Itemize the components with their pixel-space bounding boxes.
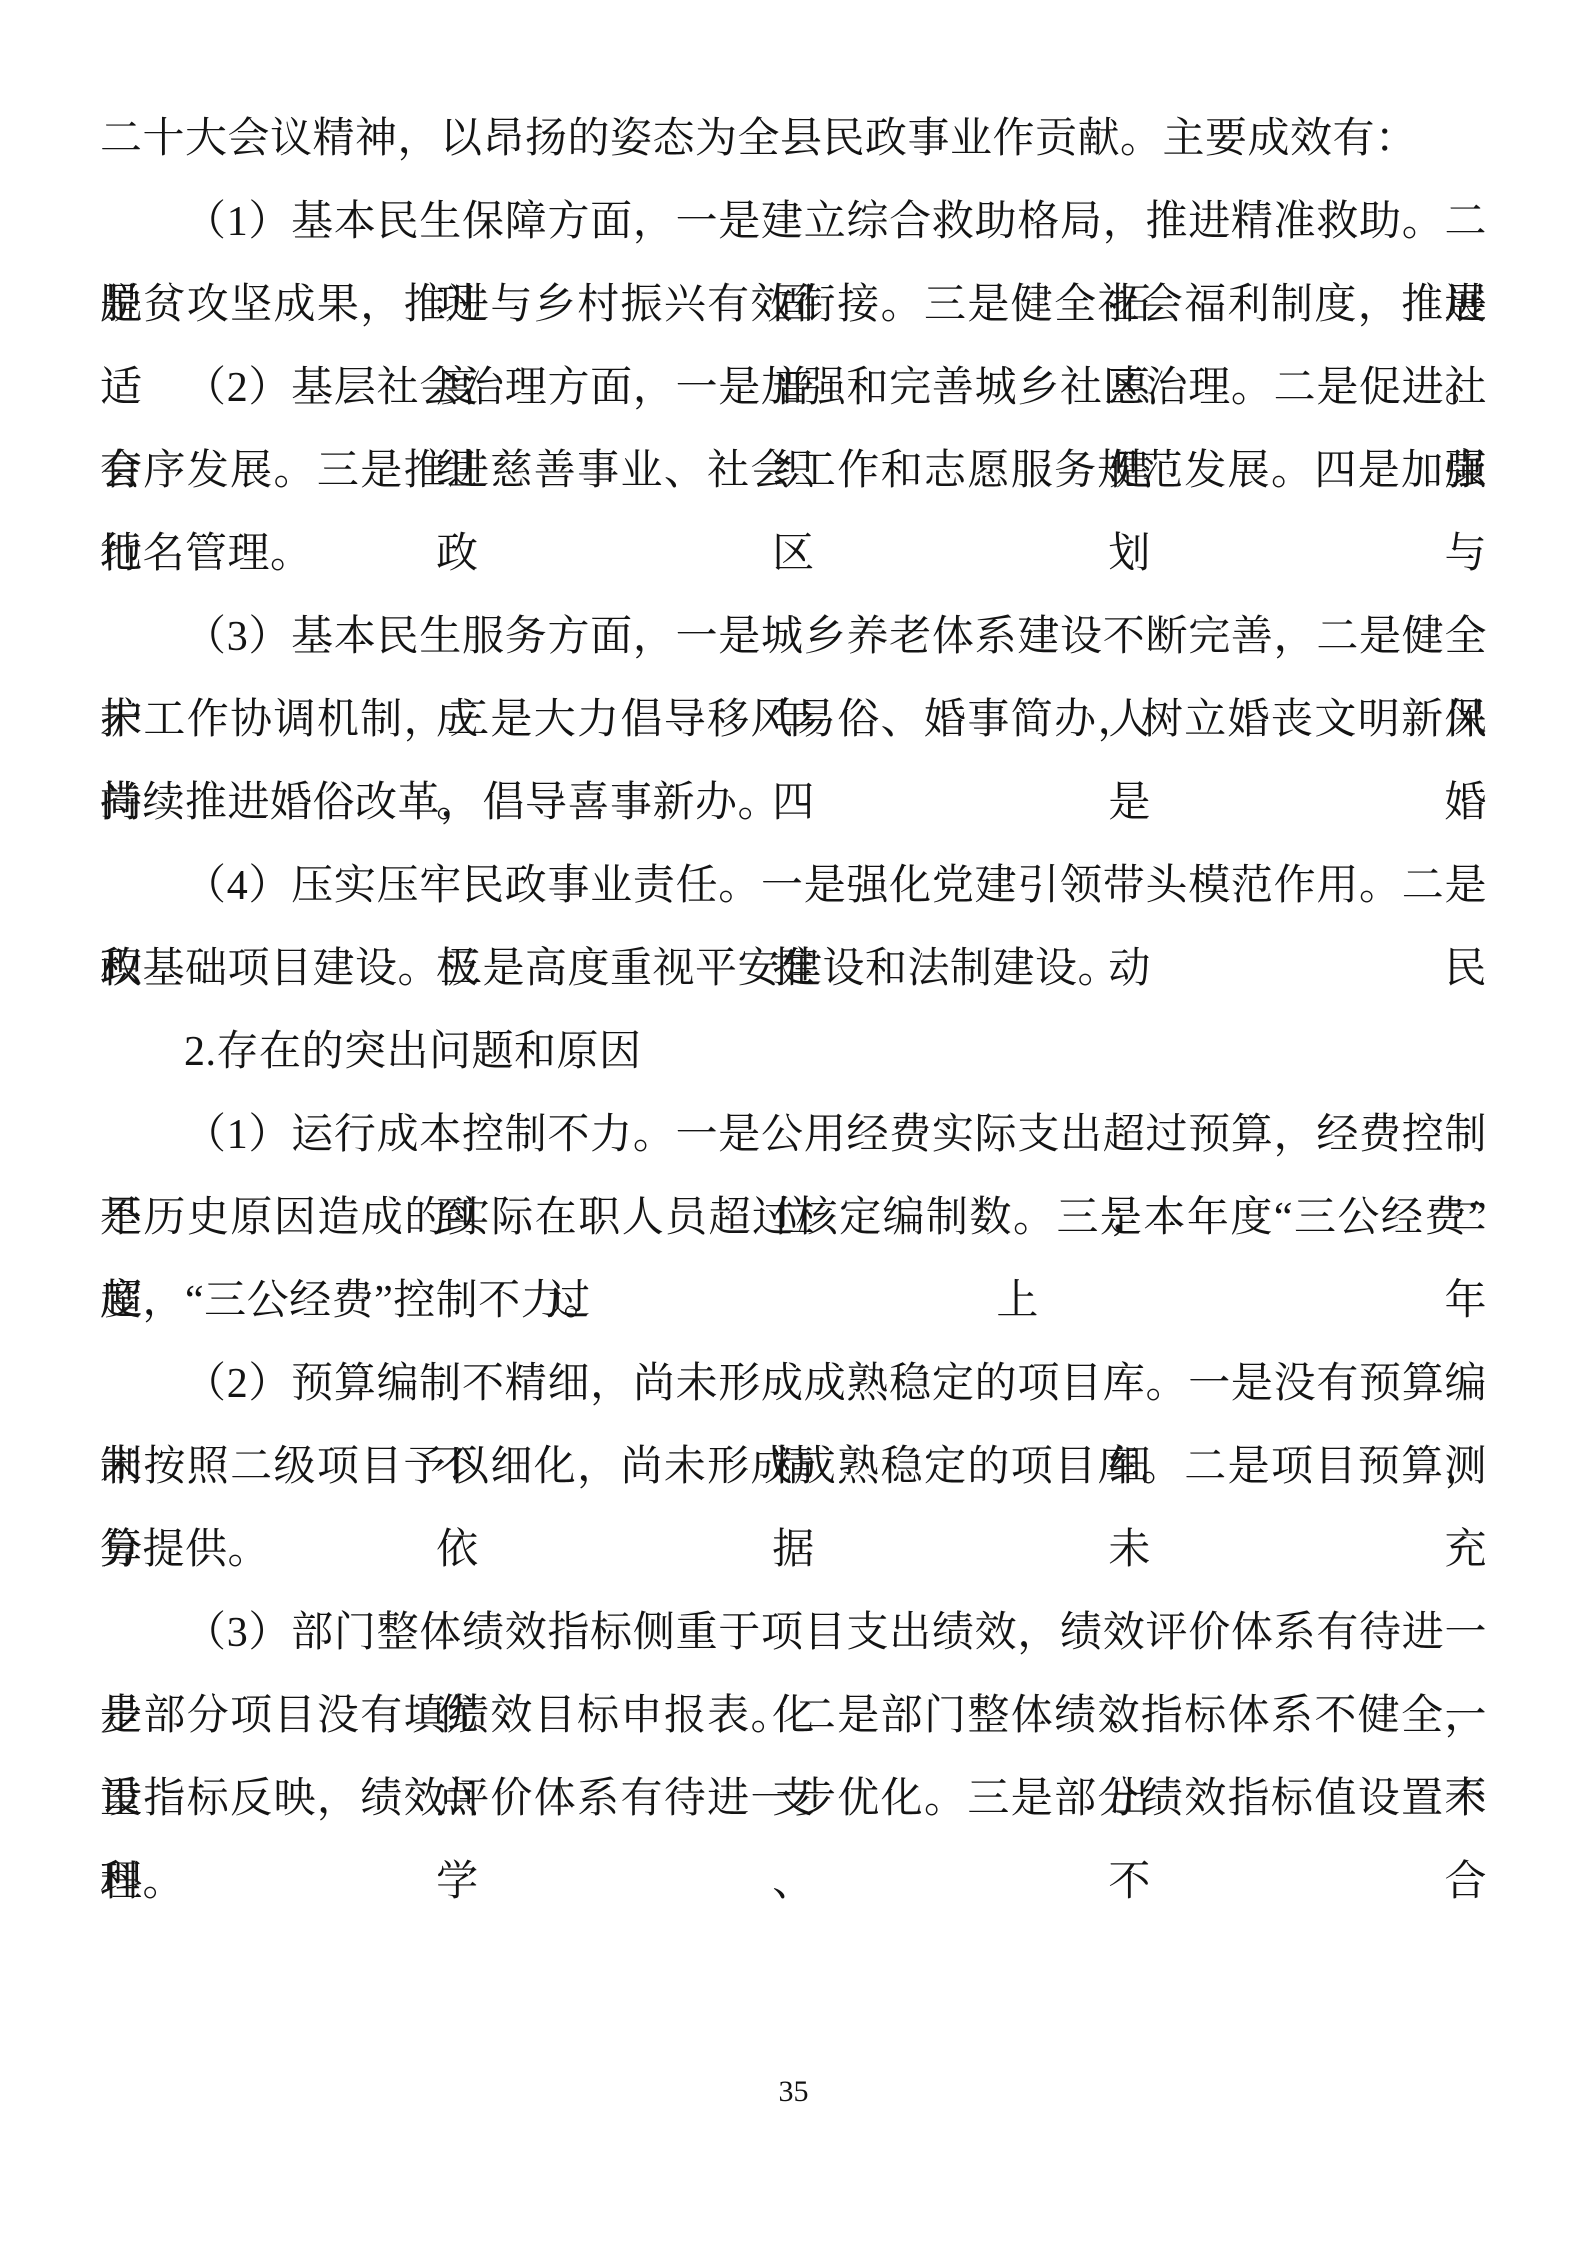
text-line: 2.存在的突出问题和原因	[100, 1011, 1487, 1094]
text-line: 有序发展。三是推进慈善事业、社会工作和志愿服务规范发展。四是加强行政区划与	[100, 430, 1487, 513]
text-line: （2）基层社会治理方面，一是加强和完善城乡社区治理。二是促进社会组织健康	[100, 347, 1487, 430]
text-line: （2）预算编制不精细，尚未形成成熟稳定的项目库。一是没有预算编制不精细，	[100, 1343, 1487, 1426]
text-line: 是部分项目没有填绩效目标申报表。二是部门整体绩效指标体系不健全，重点支出未	[100, 1675, 1487, 1758]
text-line: 未按照二级项目予以细化，尚未形成成熟稳定的项目库。二是项目预算测算依据未充	[100, 1426, 1487, 1509]
text-line: （3）部门整体绩效指标侧重于项目支出绩效，绩效评价体系有待进一步优化。一	[100, 1592, 1487, 1675]
document-page: 二十大会议精神，以昂扬的姿态为全县民政事业作贡献。主要成效有：（1）基本民生保障…	[0, 0, 1587, 2245]
text-line: （1）运行成本控制不力。一是公用经费实际支出超过预算，经费控制不到位；二	[100, 1094, 1487, 1177]
body-text: 二十大会议精神，以昂扬的姿态为全县民政事业作贡献。主要成效有：（1）基本民生保障…	[100, 98, 1487, 1924]
page-number: 35	[0, 2072, 1587, 2112]
text-line: 是历史原因造成的实际在职人员超过核定编制数。三是本年度“三公经费”超过上年	[100, 1177, 1487, 1260]
text-line: 护工作协调机制，三是大力倡导移风易俗、婚事简办，树立婚丧文明新风尚。四是婚	[100, 679, 1487, 762]
text-line: （4）压实压牢民政事业责任。一是强化党建引领带头模范作用。二是积极推动民	[100, 845, 1487, 928]
text-line: 脱贫攻坚成果，推进与乡村振兴有效衔接。三是健全社会福利制度，推进适度普惠。	[100, 264, 1487, 347]
text-line: 设指标反映，绩效评价体系有待进一步优化。三是部分绩效指标值设置不科学、不合	[100, 1758, 1487, 1841]
text-line: 二十大会议精神，以昂扬的姿态为全县民政事业作贡献。主要成效有：	[100, 98, 1487, 181]
text-line: （3）基本民生服务方面，一是城乡养老体系建设不断完善，二是健全未成年人保	[100, 596, 1487, 679]
text-line: （1）基本民生保障方面，一是建立综合救助格局，推进精准救助。二是巩固拓展	[100, 181, 1487, 264]
